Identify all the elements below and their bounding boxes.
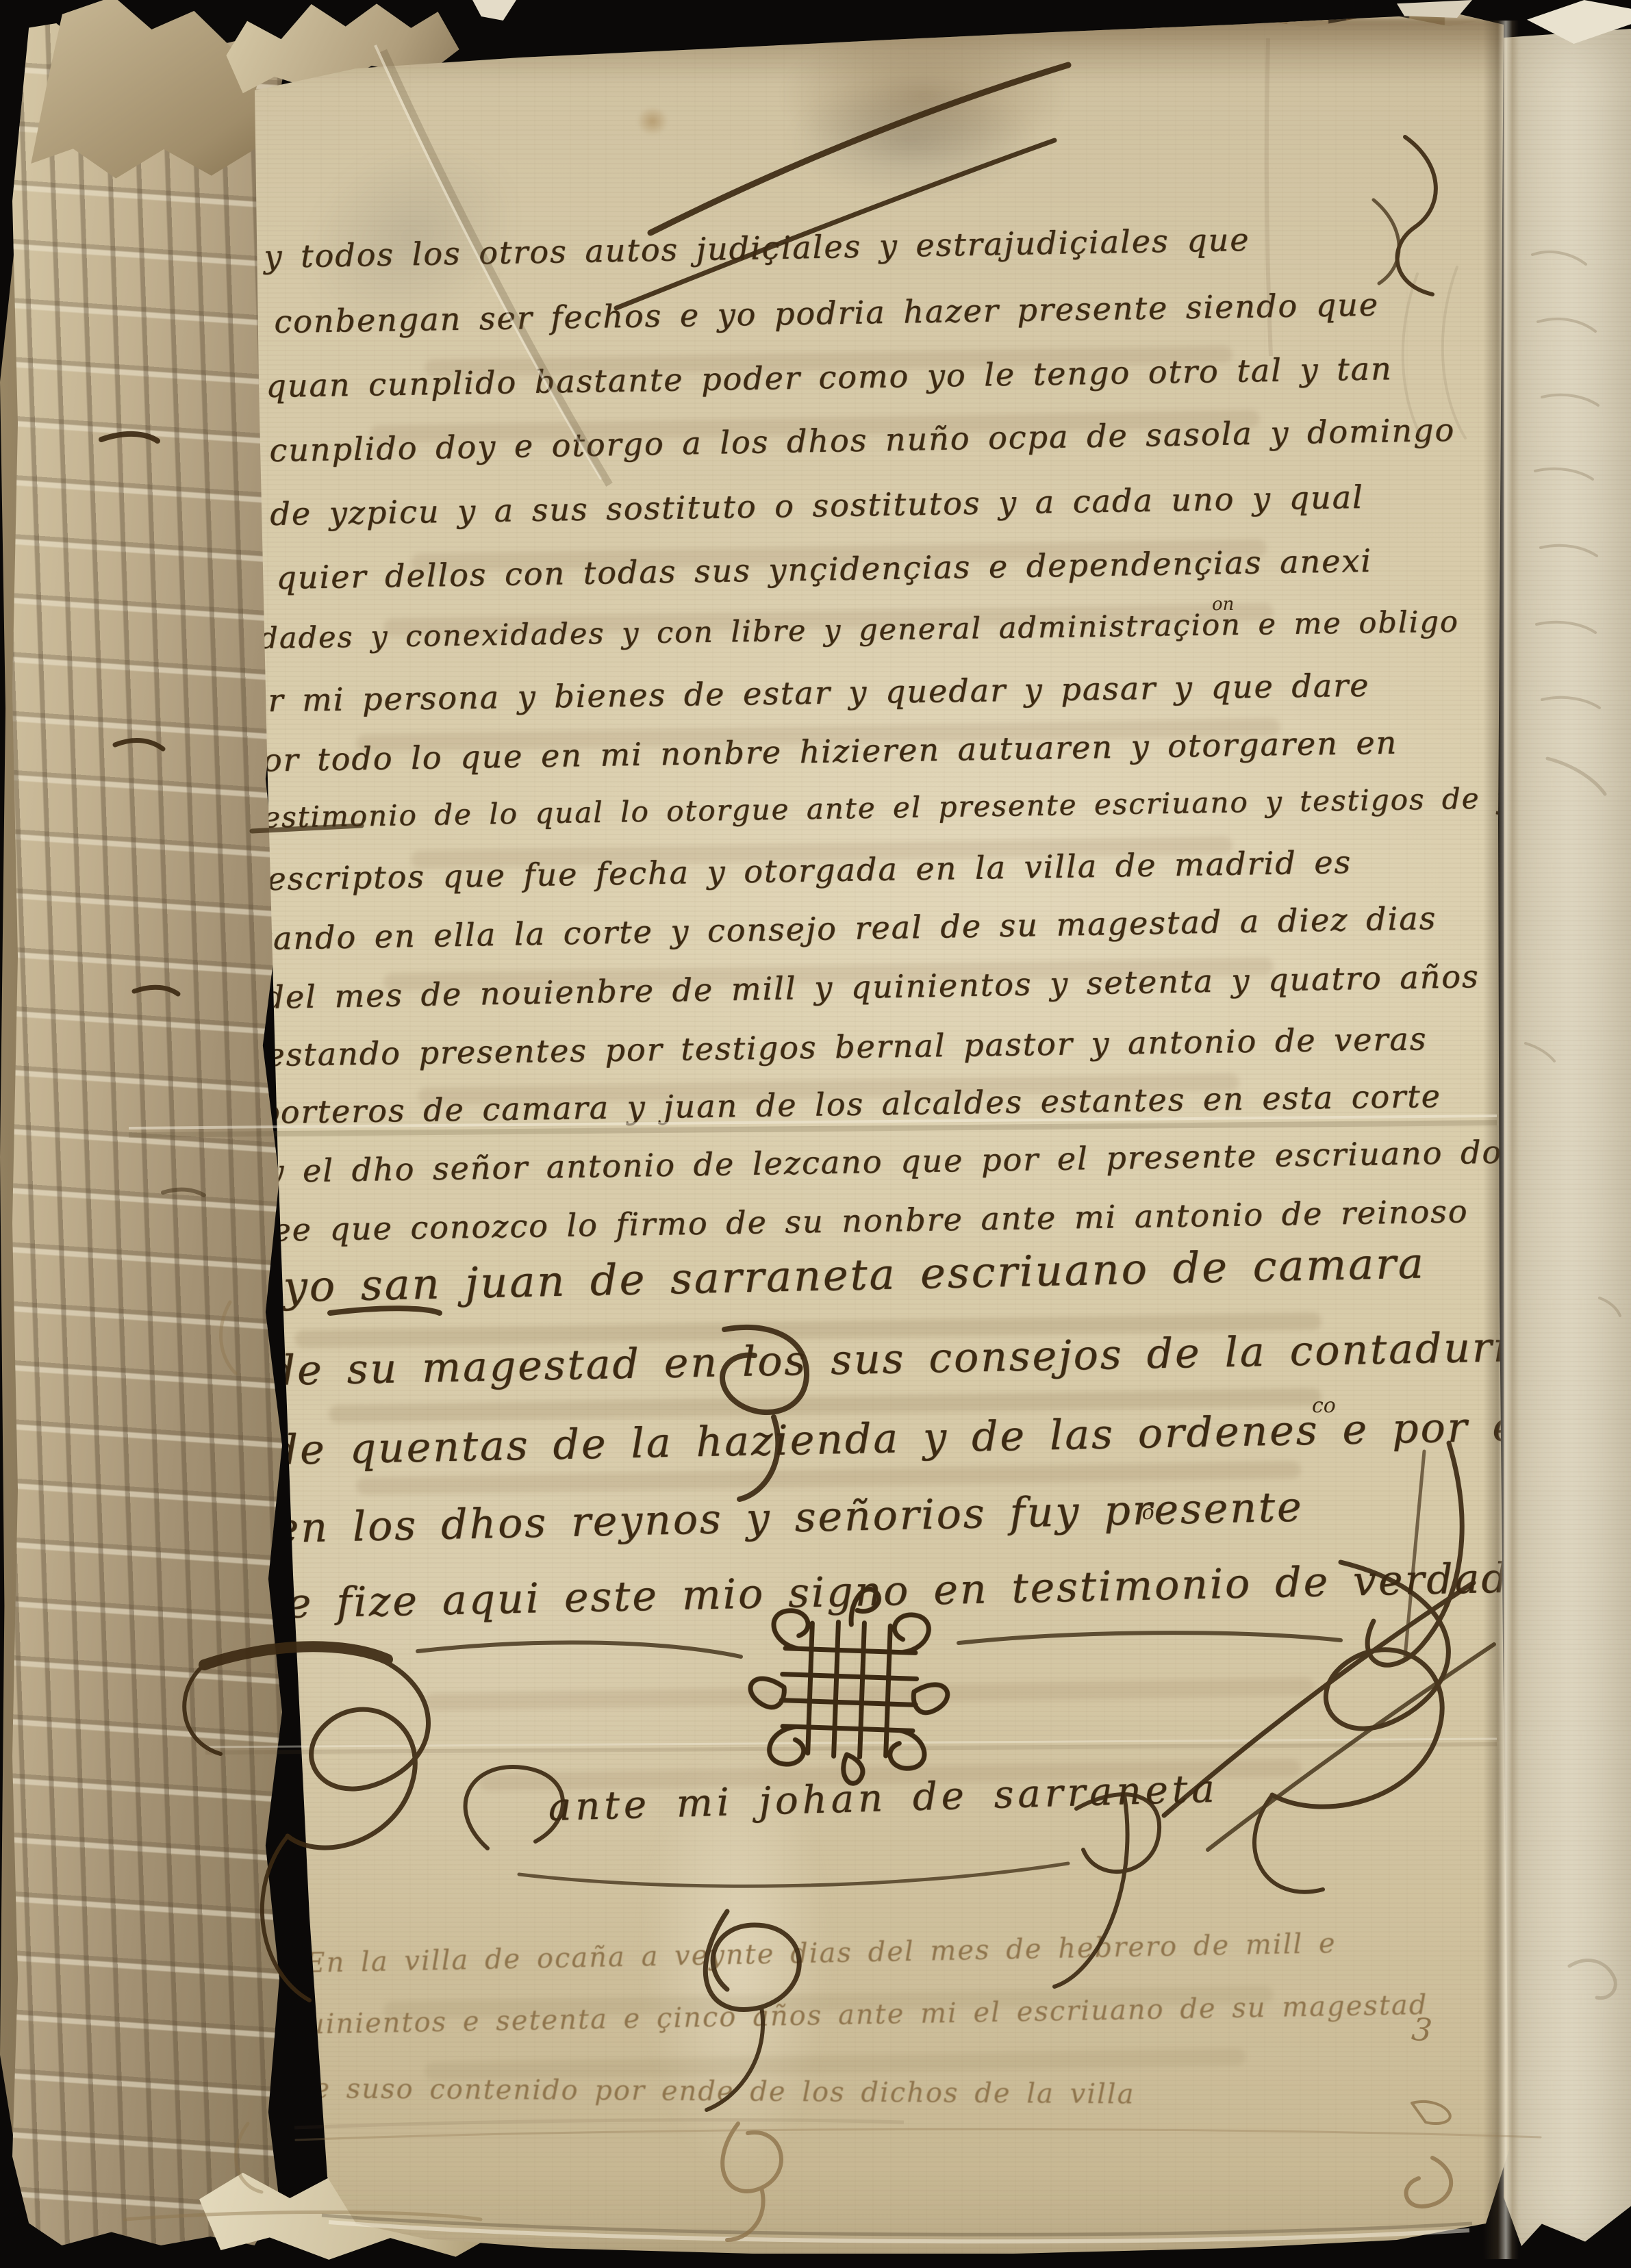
attestation-line: de quentas de la hazienda y de las orden… xyxy=(271,1401,1602,1475)
manuscript-line: por todo lo que en mi nonbre hizieren au… xyxy=(241,724,1398,779)
page-edge-strip xyxy=(12,23,288,2245)
annotation-line: quinientos e setenta e çinco años ante m… xyxy=(288,1989,1428,2041)
bleedthrough-marks xyxy=(418,1073,1239,1106)
annotation-line: de suso contenido por ende de los dichos… xyxy=(294,2073,1135,2111)
manuscript-line: testimonio de lo qual lo otorgue ante el… xyxy=(250,780,1569,834)
manuscript-line: cunplido doy e otorgo a los dhos nuño oc… xyxy=(269,411,1456,469)
attestation-line: en los dhos reynos y señorios fuy presen… xyxy=(274,1483,1304,1553)
bleedthrough-marks xyxy=(383,1986,1274,2019)
page-fold-shadow xyxy=(1483,21,1519,2259)
annotation-line: En la villa de ocaña a veynte dias del m… xyxy=(305,1928,1337,1979)
manuscript-line: escriptos que fue fecha y otorgada en la… xyxy=(267,843,1352,897)
bleedthrough-marks xyxy=(294,1312,1322,1348)
bleedthrough-marks xyxy=(425,346,1232,378)
stain xyxy=(268,103,553,370)
interlineation: lo xyxy=(1135,1501,1154,1525)
manuscript-line: conbengan ser fechos e yo podria hazer p… xyxy=(274,286,1379,340)
manuscript-line: estando presentes por testigos bernal pa… xyxy=(266,1020,1428,1073)
paper-sliver xyxy=(472,0,516,21)
interlineation: on xyxy=(1212,594,1234,615)
lighter-band xyxy=(644,1739,829,2177)
folio-number: 3 xyxy=(1410,2011,1434,2050)
bleedthrough-marks xyxy=(479,1759,1301,1792)
manuscript-photo: y todos los otros autos judiçiales y est… xyxy=(0,0,1631,2268)
manuscript-line: quan cunplido bastante poder como yo le … xyxy=(266,350,1393,405)
interlineation: co xyxy=(1312,1394,1336,1418)
manuscript-line: y el dho señor antonio de lezcano que po… xyxy=(266,1133,1521,1190)
bleedthrough-marks xyxy=(383,603,1274,637)
manuscript-line: y todos los otros autos judiçiales y est… xyxy=(264,221,1250,275)
attestation-line: E yo san juan de sarraneta escriuano de … xyxy=(226,1238,1426,1313)
bleedthrough-marks xyxy=(370,410,1260,444)
stain xyxy=(787,82,1034,199)
signature-line: ante mi johan de sarraneta xyxy=(548,1767,1219,1830)
manuscript-line: tando en ella la corte y consejo real de… xyxy=(259,900,1437,957)
manuscript-line: del mes de nouienbre de mill y quiniento… xyxy=(264,958,1480,1016)
manuscript-line: de yzpicu y a sus sostituto o sostitutos… xyxy=(270,479,1364,533)
attestation-line: de su magestad en los sus consejos de la… xyxy=(268,1320,1631,1395)
manuscript-line: fee que conozco lo firmo de su nonbre an… xyxy=(259,1193,1469,1249)
adjacent-page xyxy=(1504,29,1631,2255)
bleedthrough-marks xyxy=(356,1461,1301,1495)
stain xyxy=(637,107,668,136)
bleedthrough-marks xyxy=(329,1388,1322,1423)
bleedthrough-marks xyxy=(356,718,1280,752)
bleedthrough-marks xyxy=(411,539,1267,572)
bleedthrough-marks xyxy=(383,958,1274,991)
attestation-line: e fize aqui este mio signo en testimonio… xyxy=(286,1555,1510,1628)
bleedthrough-marks xyxy=(425,2048,1246,2080)
bleedthrough-marks xyxy=(425,1678,1315,1711)
bleedthrough-marks xyxy=(411,837,1232,869)
manuscript-line: dades y conexidades y con libre y genera… xyxy=(259,605,1459,656)
manuscript-line: quier dellos con todas sus ynçidençias e… xyxy=(276,542,1372,596)
manuscript-line: porteros de camara y juan de los alcalde… xyxy=(259,1078,1441,1131)
manuscript-line: por mi persona y bienes de estar y queda… xyxy=(226,667,1370,719)
stain xyxy=(781,27,1068,164)
